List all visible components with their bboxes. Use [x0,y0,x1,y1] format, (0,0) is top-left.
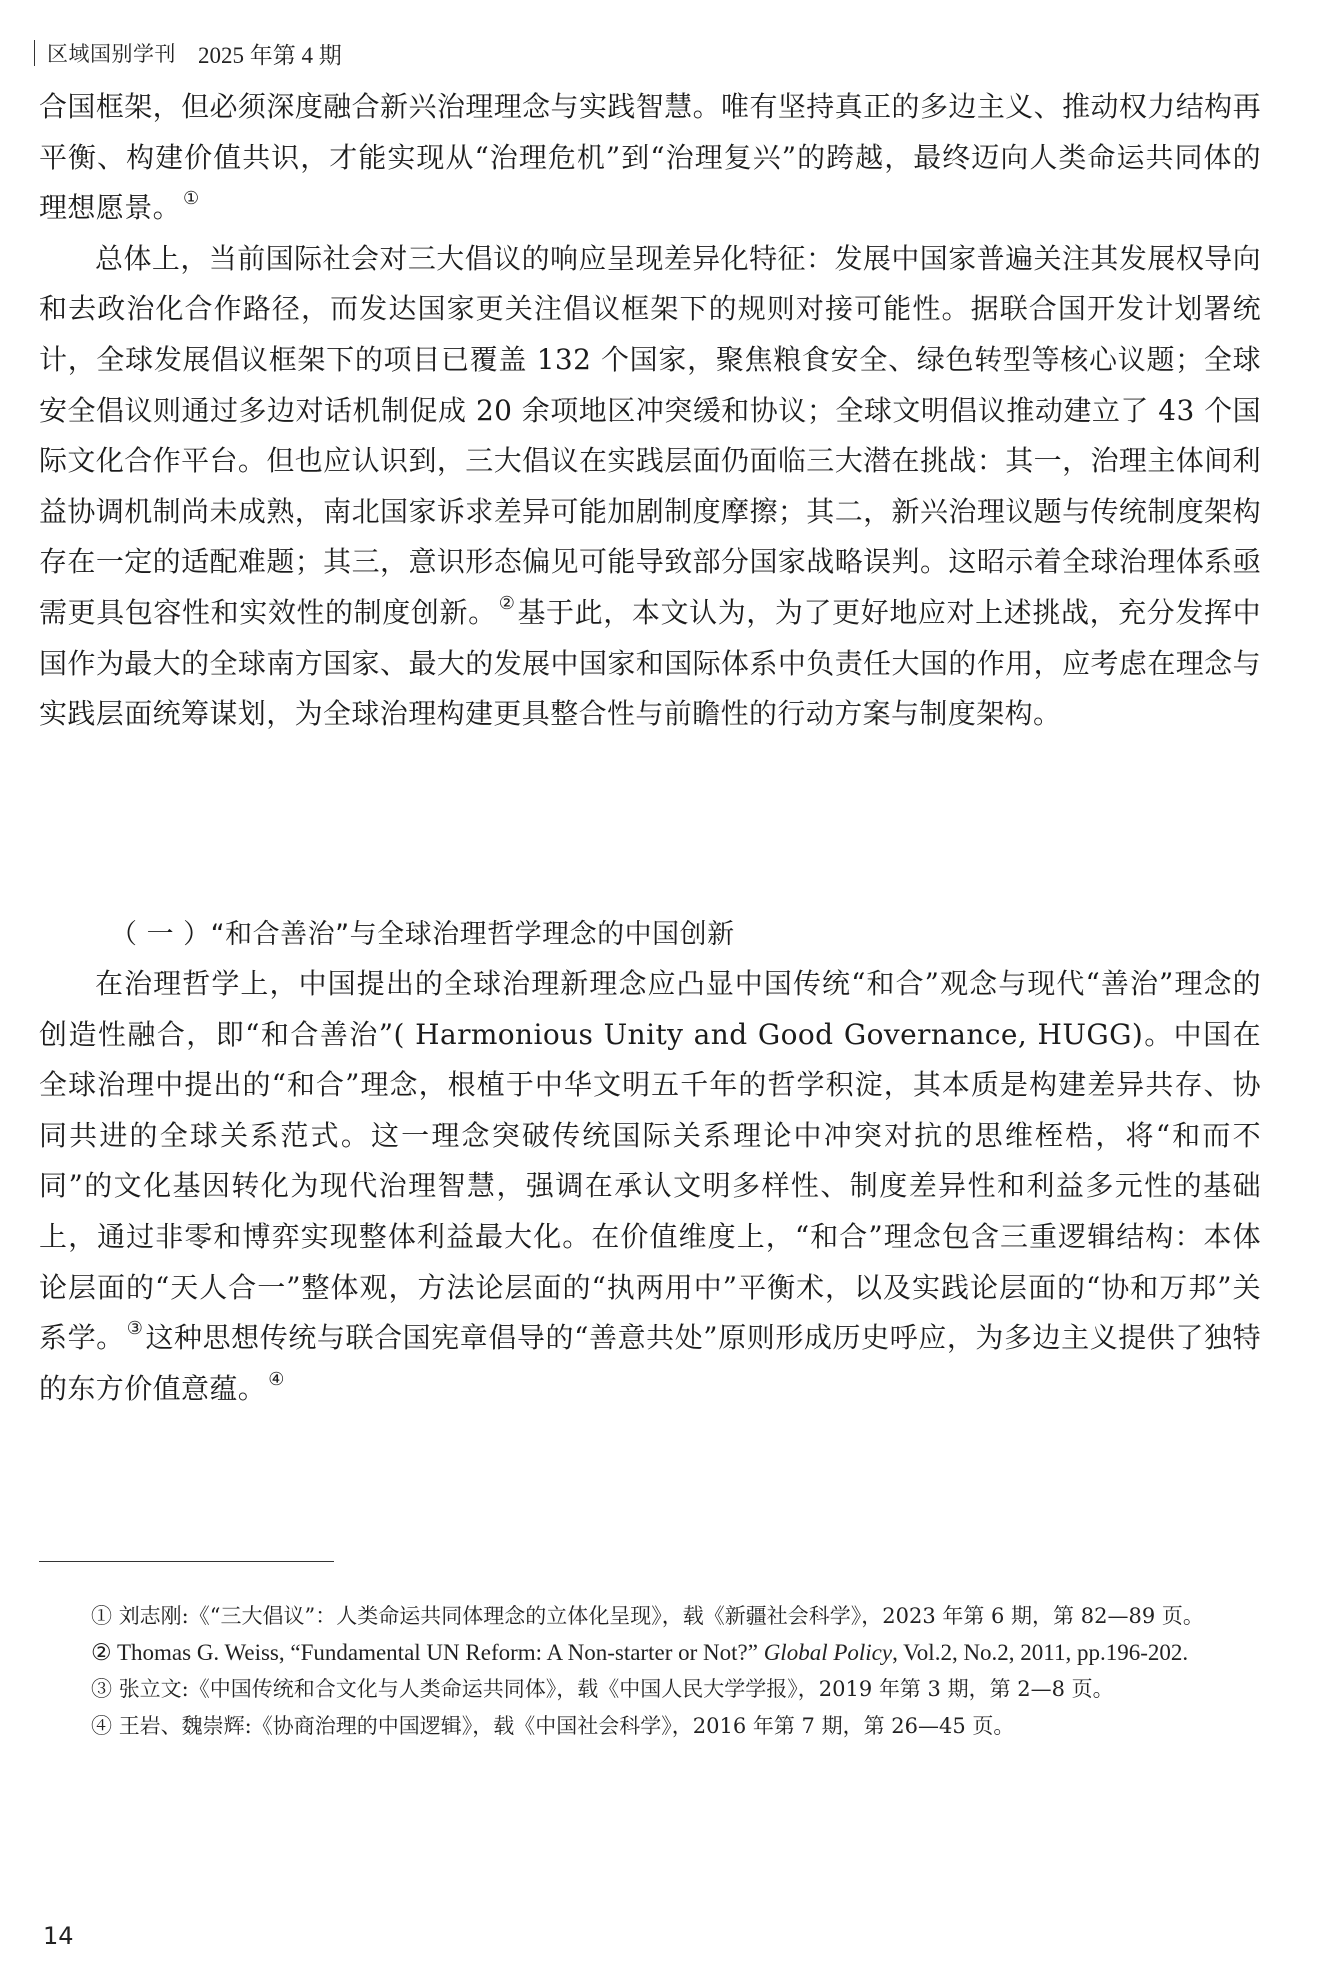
paragraph-overall: 总体上，当前国际社会对三大倡议的响应呈现差异化特征：发展中国家普遍关注其发展权导… [39,234,1261,740]
running-header: 区域国别学刊 2025 年第 4 期 [34,38,342,68]
footnote-3: ③ 张立文:《中国传统和合文化与人类命运共同体》，载《中国人民大学学报》，201… [39,1671,1261,1708]
footnote-divider [39,1561,334,1562]
page-number: 14 [43,1922,74,1950]
paragraph-text: 合国框架，但必须深度融合新兴治理理念与实践智慧。唯有坚持真正的多边主义、推动权力… [39,90,1261,224]
paragraph-continued: 合国框架，但必须深度融合新兴治理理念与实践智慧。唯有坚持真正的多边主义、推动权力… [39,82,1261,234]
footnote-ref-4[interactable]: ④ [268,1369,285,1390]
footnote-text: 张立文:《中国传统和合文化与人类命运共同体》，载《中国人民大学学报》，2019 … [119,1677,1114,1701]
body-text-upper: 合国框架，但必须深度融合新兴治理理念与实践智慧。唯有坚持真正的多边主义、推动权力… [39,82,1261,740]
footnote-text: , Vol.2, No.2, 2011, pp.196-202. [892,1640,1188,1665]
footnote-text: Thomas G. Weiss, “Fundamental UN Reform:… [117,1640,764,1665]
footnote-journal: Global Policy [764,1640,892,1665]
footnote-1: ① 刘志刚:《“三大倡议”：人类命运共同体理念的立体化呈现》，载《新疆社会科学》… [39,1598,1261,1635]
footnote-4: ④ 王岩、魏崇辉:《协商治理的中国逻辑》，载《中国社会科学》，2016 年第 7… [39,1708,1261,1745]
footnotes: ① 刘志刚:《“三大倡议”：人类命运共同体理念的立体化呈现》，载《新疆社会科学》… [39,1598,1261,1744]
footnote-ref-2[interactable]: ② [499,593,516,614]
footnote-marker: ③ [91,1677,112,1701]
paragraph-philosophy: 在治理哲学上，中国提出的全球治理新理念应凸显中国传统“和合”观念与现代“善治”理… [39,959,1261,1414]
footnote-ref-1[interactable]: ① [183,188,200,209]
body-text-lower: 在治理哲学上，中国提出的全球治理新理念应凸显中国传统“和合”观念与现代“善治”理… [39,959,1261,1414]
footnote-marker: ② [91,1640,112,1665]
footnote-text: 王岩、魏崇辉:《协商治理的中国逻辑》，载《中国社会科学》，2016 年第 7 期… [119,1714,1015,1738]
header-divider [34,40,35,66]
footnote-marker: ① [91,1604,112,1628]
issue-label: 2025 年第 4 期 [198,37,342,70]
section-heading: （ 一 ）“和合善治”与全球治理哲学理念的中国创新 [110,912,735,951]
footnote-ref-3[interactable]: ③ [127,1318,144,1339]
journal-title: 区域国别学刊 [47,38,176,68]
paragraph-text: 在治理哲学上，中国提出的全球治理新理念应凸显中国传统“和合”观念与现代“善治”理… [39,967,1261,1354]
paragraph-text: 这种思想传统与联合国宪章倡导的“善意共处”原则形成历史呼应，为多边主义提供了独特… [39,1321,1261,1405]
footnote-text: 刘志刚:《“三大倡议”：人类命运共同体理念的立体化呈现》，载《新疆社会科学》，2… [119,1604,1204,1628]
footnote-marker: ④ [91,1714,112,1738]
paragraph-text: 总体上，当前国际社会对三大倡议的响应呈现差异化特征：发展中国家普遍关注其发展权导… [39,242,1261,629]
footnote-2: ② Thomas G. Weiss, “Fundamental UN Refor… [39,1635,1261,1672]
